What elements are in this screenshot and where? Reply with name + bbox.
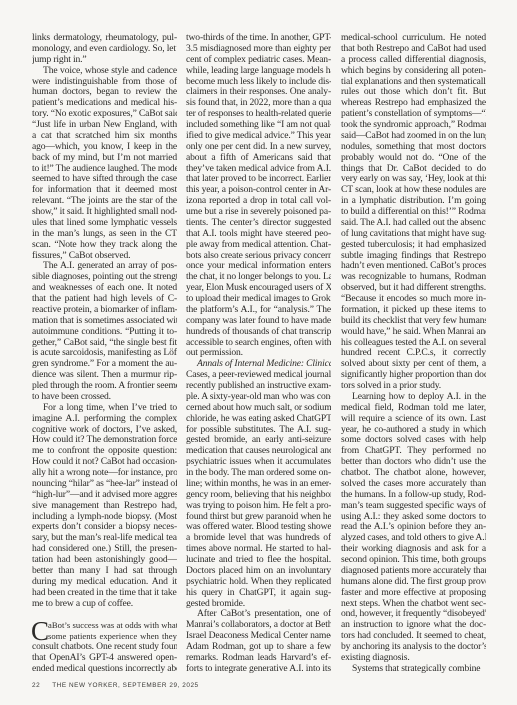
text-line: probably would not do. “One of the — [341, 153, 486, 164]
text-line: man’s team suggested specific ways of — [341, 501, 486, 512]
text-line: in the body. The man ordered some on- — [186, 468, 331, 479]
text-line: psychiatric hold. When they replicated — [186, 577, 331, 588]
text-line: experts don’t consider a biopsy neces- — [32, 522, 177, 533]
text-line: “Because it encodes so much more in- — [341, 294, 486, 305]
text-line: lucinate and tried to flee the hospital. — [186, 555, 331, 566]
text-line: relevant. “The joints are the star of th… — [32, 196, 177, 207]
text-line: patient’s constellation of symptoms—“he — [341, 109, 486, 120]
text-line: to upload their medical images to Grok, — [186, 294, 331, 305]
text-line: line; within months, he was in an emer- — [186, 479, 331, 490]
text-line: formation, it picked up these items to — [341, 305, 486, 316]
text-line: How could it? The demonstration forced — [32, 435, 177, 446]
text-line: tors had concluded. It seemed to cheat, — [341, 631, 486, 642]
section-2-opening: C aBot’s success was at odds with what s… — [32, 620, 177, 674]
text-line: “Just life in urban New England, with — [32, 120, 177, 131]
text-line: better than many I had sat through — [32, 566, 177, 577]
text-line: nouncing “hilar” as “hee-lar” instead of — [32, 479, 177, 490]
text-line: for possible substitutes. The A.I. sug- — [186, 425, 331, 436]
text-line: ified to give medical advice.” This year… — [186, 131, 331, 142]
text-line: links dermatology, rheumatology, pul- — [32, 33, 177, 44]
text-line: ple away from medical attention. Chat- — [186, 240, 331, 251]
text-line: ended medical questions incorrectly abou… — [32, 664, 177, 675]
text-line: seemed to have sifted through the case — [32, 174, 177, 185]
text-line: existing diagnosis. — [341, 653, 486, 664]
text-line: CT scan, look at how these nodules are — [341, 185, 486, 196]
text-line: pled through the room. A frontier seemed — [32, 381, 177, 392]
text-line: aBot’s success was at odds with what — [32, 620, 177, 631]
text-line: tients. The center’s director suggested — [186, 218, 331, 229]
text-line: to it!” The audience laughed. The model — [32, 164, 177, 175]
text-line: scan. “Note how they track along the — [32, 240, 177, 251]
text-line: chatbot. The chatbot alone, however, — [341, 468, 486, 479]
article-column-1: links dermatology, rheumatology, pul- mo… — [32, 33, 177, 675]
text-line: me to confront the opposite question: — [32, 446, 177, 457]
text-line: nodules, something that most doctors — [341, 142, 486, 153]
text-line: that later proved to be incorrect. Earli… — [186, 174, 331, 185]
journal-title-line: Annals of Internal Medicine: Clinical — [186, 359, 331, 370]
text-line: this year, a poison-control center in Ar… — [186, 185, 331, 196]
text-line: were indistinguishable from those of — [32, 77, 177, 88]
text-line: mation that is sometimes associated with — [32, 316, 177, 327]
text-line: me to brew a cup of coffee. — [32, 599, 177, 610]
text-line: only one per cent did. In a new survey, — [186, 142, 331, 153]
text-line: “high-lur”—and it advised more aggres- — [32, 490, 177, 501]
text-line: jump right in.” — [32, 55, 177, 66]
text-line: ules that lined some lymphatic vessels — [32, 218, 177, 229]
text-line: a bromide level that was hundreds of — [186, 533, 331, 544]
text-line: out permission. — [186, 348, 331, 359]
text-line: solved the cases more accurately than — [341, 479, 486, 490]
text-line: things that Dr. CaBot decided to do — [341, 164, 486, 175]
text-line: diagnosed patients more accurately than — [341, 566, 486, 577]
text-line: some patients experience when they — [32, 631, 177, 642]
text-line: 3.5 misdiagnosed more than eighty per — [186, 44, 331, 55]
text-line: ter of responses to health-related queri… — [186, 109, 331, 120]
text-line: about a fifth of Americans said that — [186, 153, 331, 164]
text-line: by anchoring its analysis to the doctor’… — [341, 642, 486, 653]
text-line: subtle imaging findings that Restrepo — [341, 251, 486, 262]
text-line: autoimmune conditions. “Putting it to- — [32, 327, 177, 338]
text-line: cognitive work of doctors, I’ve asked, — [32, 425, 177, 436]
text-line: faster and more effective at proposing — [341, 588, 486, 599]
text-line: How could it not? CaBot had occasion- — [32, 457, 177, 468]
text-line: which begins by considering all poten- — [341, 66, 486, 77]
text-line: patient’s medications and medical his- — [32, 98, 177, 109]
text-line: hundreds of thousands of chat transcript… — [186, 327, 331, 338]
text-line: medication that causes neurological and — [186, 446, 331, 457]
text-line: cerned about how much salt, or sodium — [186, 403, 331, 414]
text-line: Manrai’s collaborators, a doctor at Beth — [186, 620, 331, 631]
text-line: included something like “I am not qual- — [186, 120, 331, 131]
text-line: alyzed cases, and told others to give A.… — [341, 533, 486, 544]
text-line: two-thirds of the time. In another, GPT- — [186, 33, 331, 44]
text-line: fissures,” CaBot observed. — [32, 251, 177, 262]
text-line: Israel Deaconess Medical Center named — [186, 631, 331, 642]
text-line: for information that it deemed most — [32, 185, 177, 196]
paragraph-start-line: Systems that strategically combine — [341, 664, 486, 675]
text-line: very early on was say, ‘Hey, look at thi… — [341, 174, 486, 185]
text-line: in a lymphatic distribution. I’m going — [341, 196, 486, 207]
text-line: found thirst but grew paranoid when he — [186, 512, 331, 523]
section-break — [32, 609, 177, 620]
text-line: they’ve taken medical advice from A.I. — [186, 164, 331, 175]
publication-line: THE NEW YORKER, SEPTEMBER 29, 2025 — [52, 682, 198, 689]
magazine-page: links dermatology, rheumatology, pul- mo… — [0, 0, 517, 705]
text-line: including a lymph-node biopsy. (Most — [32, 512, 177, 523]
text-line: of lung cavitations that might have sug- — [341, 229, 486, 240]
paragraph-start-line: The voice, whose style and cadence — [32, 66, 177, 77]
text-line: accessible to search engines, often with… — [186, 338, 331, 349]
paragraph-start-line: Learning how to deploy A.I. in the — [341, 392, 486, 403]
text-line: was trying to poison him. He felt a pro- — [186, 501, 331, 512]
text-line: tors solved in a prior study. — [341, 381, 486, 392]
text-line: gether,” CaBot said, “the single best fi… — [32, 338, 177, 349]
text-line: build its checklist that very few humans — [341, 316, 486, 327]
page-number: 22 — [32, 682, 50, 689]
text-line: better than doctors who didn’t use the — [341, 457, 486, 468]
text-line: significantly higher proportion than doc… — [341, 370, 486, 381]
text-line: once your medical information enters — [186, 261, 331, 272]
article-column-3: medical-school curriculum. He noted that… — [341, 33, 486, 675]
text-line: a cat that scratched him six months — [32, 131, 177, 142]
text-line: forts to integrate generative A.I. into … — [186, 664, 331, 675]
text-line: sary, but the man’s real-life medical te… — [32, 533, 177, 544]
text-line: rules out those which don’t fit. But — [341, 87, 486, 98]
text-line: his query in ChatGPT, it again sug- — [186, 588, 331, 599]
text-line: the platform’s A.I., for “analysis.” The — [186, 305, 331, 316]
text-line: medical field, Rodman told me later, — [341, 403, 486, 414]
text-line: Cases, a peer-reviewed medical journal, — [186, 370, 331, 381]
text-line: remarks. Rodman leads Harvard’s ef- — [186, 653, 331, 664]
text-line: claimers in their responses. One analy- — [186, 87, 331, 98]
text-line: show,” it said. It highlighted small nod… — [32, 207, 177, 218]
text-line: read the A.I.’s opinion before they an- — [341, 522, 486, 533]
text-line: had considered one.) Still, the presen- — [32, 544, 177, 555]
text-line: sis found that, in 2022, more than a qua… — [186, 98, 331, 109]
text-line: Adam Rodman, got up to share a few — [186, 642, 331, 653]
text-line: reactive protein, a biomarker of inflam- — [32, 305, 177, 316]
text-line: that A.I. tools might have steered peo- — [186, 229, 331, 240]
text-line: gency room, believing that his neighbor — [186, 490, 331, 501]
page-folio: 22 THE NEW YORKER, SEPTEMBER 29, 2025 — [32, 682, 199, 689]
text-line: the chat, it no longer belongs to you. L… — [186, 272, 331, 283]
drop-cap: C — [31, 619, 49, 643]
text-line: said. The A.I. had called out the absenc… — [341, 218, 486, 229]
text-line: using A.I.: they asked some doctors to — [341, 512, 486, 523]
text-line: tial explanations and then systematicall… — [341, 77, 486, 88]
text-line: gested tuberculosis; it had emphasized — [341, 240, 486, 251]
text-line: next steps. When the chatbot went sec- — [341, 599, 486, 610]
text-line: ume but a rise in severely poisoned pa- — [186, 207, 331, 218]
text-line: ple. A sixty-year-old man who was con- — [186, 392, 331, 403]
text-line: chloride, he was eating asked ChatGPT — [186, 414, 331, 425]
text-line: was offered water. Blood testing showed — [186, 522, 331, 533]
text-line: was recognizable to humans, Rodman — [341, 272, 486, 283]
text-line: whereas Restrepo had emphasized the — [341, 98, 486, 109]
text-line: an instruction to ignore what the doc- — [341, 620, 486, 631]
text-line: that both Restrepo and CaBot had used — [341, 44, 486, 55]
text-line: psychiatric issues when it accumulates — [186, 457, 331, 468]
text-line: will require a science of its own. Last — [341, 414, 486, 425]
text-line: year, he co-authored a study in which — [341, 425, 486, 436]
text-line: recently published an instructive exam- — [186, 381, 331, 392]
text-line: his colleagues tested the A.I. on severa… — [341, 338, 486, 349]
text-line: gested bromide. — [186, 599, 331, 610]
text-line: tory. “No exotic exposures,” CaBot said. — [32, 109, 177, 120]
text-line: ally hit a wrong note—for instance, pro- — [32, 468, 177, 479]
text-line: sible diagnoses, pointing out the streng… — [32, 272, 177, 283]
text-line: some doctors solved cases with help — [341, 435, 486, 446]
text-line: gested bromide, an early anti-seizure — [186, 435, 331, 446]
text-line: hadn’t even mentioned. CaBot’s process — [341, 261, 486, 272]
text-line: that the patient had high levels of C- — [32, 294, 177, 305]
text-line: human doctors, began to review the — [32, 87, 177, 98]
article-column-2: two-thirds of the time. In another, GPT-… — [186, 33, 331, 675]
text-line: ago—which, you know, I keep in the — [32, 142, 177, 153]
text-line: said—CaBot had zoomed in on the lung — [341, 131, 486, 142]
text-line: ond, however, it frequently “disobeyed” — [341, 609, 486, 620]
text-line: imagine A.I. performing the complex — [32, 414, 177, 425]
text-line: sive management than Restrepo had, — [32, 501, 177, 512]
paragraph-start-line: The A.I. generated an array of pos- — [32, 261, 177, 272]
text-line: in the man’s lungs, as seen in the CT — [32, 229, 177, 240]
text-line: is acute sarcoidosis, manifesting as Löf… — [32, 348, 177, 359]
text-line: took the syndromic approach,” Rodman — [341, 120, 486, 131]
text-line: Doctors placed him on an involuntary — [186, 566, 331, 577]
text-line: consult chatbots. One recent study found — [32, 642, 177, 653]
text-line: would have,” he said. When Manrai and — [341, 327, 486, 338]
text-line: the humans. In a follow-up study, Rod- — [341, 490, 486, 501]
text-line: while, leading large language models hav… — [186, 66, 331, 77]
text-line: medical-school curriculum. He noted — [341, 33, 486, 44]
paragraph-start-line: For a long time, when I’ve tried to — [32, 403, 177, 414]
text-line: bots also create serious privacy concern… — [186, 251, 331, 262]
text-line: their working diagnosis and ask for a — [341, 544, 486, 555]
text-line: cent of complex pediatric cases. Mean- — [186, 55, 331, 66]
text-line: that OpenAI’s GPT-4 answered open- — [32, 653, 177, 664]
text-line: monology, and even cardiology. So, let’s — [32, 44, 177, 55]
text-line: from ChatGPT. They performed no — [341, 446, 486, 457]
text-line: humans alone did. The first group proved — [341, 577, 486, 588]
text-line: observed, but it had different strengths… — [341, 283, 486, 294]
text-line: hundred recent C.P.C.s, it correctly — [341, 348, 486, 359]
text-line: and weaknesses of each one. It noted — [32, 283, 177, 294]
text-line: become much less likely to include dis- — [186, 77, 331, 88]
text-line: company was later found to have made — [186, 316, 331, 327]
text-line: izona reported a drop in total call vol- — [186, 196, 331, 207]
text-line: had been created in the time that it tak… — [32, 588, 177, 599]
text-line: during my medical education. And it — [32, 577, 177, 588]
text-line: to build a differential on this!’” Rodma… — [341, 207, 486, 218]
text-line: solved about sixty per cent of them, a — [341, 359, 486, 370]
text-line: dience was silent. Then a murmur rip- — [32, 370, 177, 381]
text-line: year, Elon Musk encouraged users of X — [186, 283, 331, 294]
text-line: times above normal. He started to hal- — [186, 544, 331, 555]
text-line: tation had been astonishingly good— — [32, 555, 177, 566]
text-line: to have been crossed. — [32, 392, 177, 403]
text-line: back of my mind, but I’m not married — [32, 153, 177, 164]
paragraph-start-line: After CaBot’s presentation, one of — [186, 609, 331, 620]
text-line: second opinion. This time, both groups — [341, 555, 486, 566]
text-line: gren syndrome.” For a moment the au- — [32, 359, 177, 370]
text-line: a process called differential diagnosis, — [341, 55, 486, 66]
